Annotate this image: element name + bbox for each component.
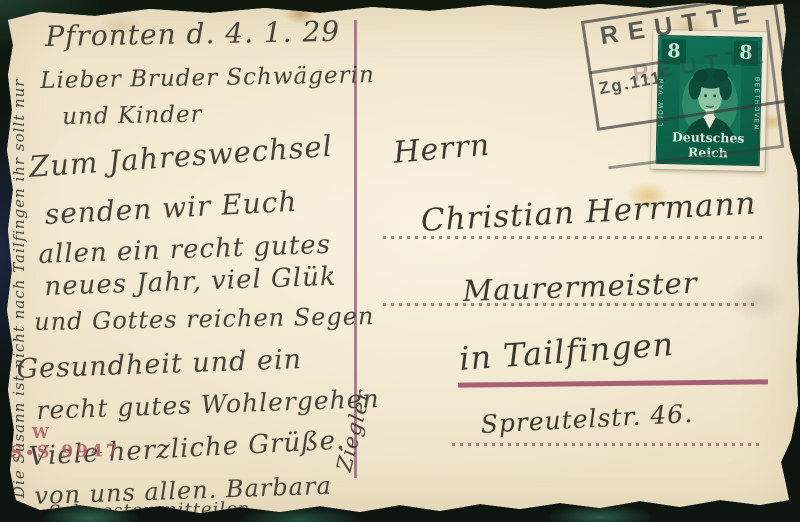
postcard-back: Pfronten d. 4. 1. 29 Lieber Bruder Schwä… [0,0,800,522]
message-line: Zum Jahreswechsel [28,129,334,184]
address-rule-dotted [383,236,766,239]
address-salutation: Herrn [392,128,492,171]
printer-mark-initial: W [32,424,49,442]
postcard-photo: Pfronten d. 4. 1. 29 Lieber Bruder Schwä… [0,0,800,522]
printer-mark-number: S∙S 9947 [10,441,121,463]
message-dateline: Pfronten d. 4. 1. 29 [45,15,340,53]
message-line-cutoff: Schwester mitteilen [48,498,251,522]
message-line: senden wir Euch [44,185,298,231]
message-line: und Kinder [62,102,203,130]
address-profession: Maurermeister [462,266,698,308]
address-town: in Tailfingen [458,325,675,378]
left-margin-note: Die Susann ist nicht nach Tailfingen ihr… [10,58,28,498]
message-line: Lieber Bruder Schwägerin [40,62,375,94]
message-line: und Gottes reichen Segen [34,302,375,336]
postmark-second-strike-frame [593,20,784,170]
address-rule-dotted [452,443,764,446]
address-street: Spreutelstr. 46. [480,399,694,439]
address-name: Christian Herrmann [420,185,757,239]
message-line: recht gutes Wohlergehen [36,384,380,425]
address-rule-solid [458,379,768,387]
message-line: Gesundheit und ein [16,344,302,385]
address-rule-dotted [383,303,758,306]
